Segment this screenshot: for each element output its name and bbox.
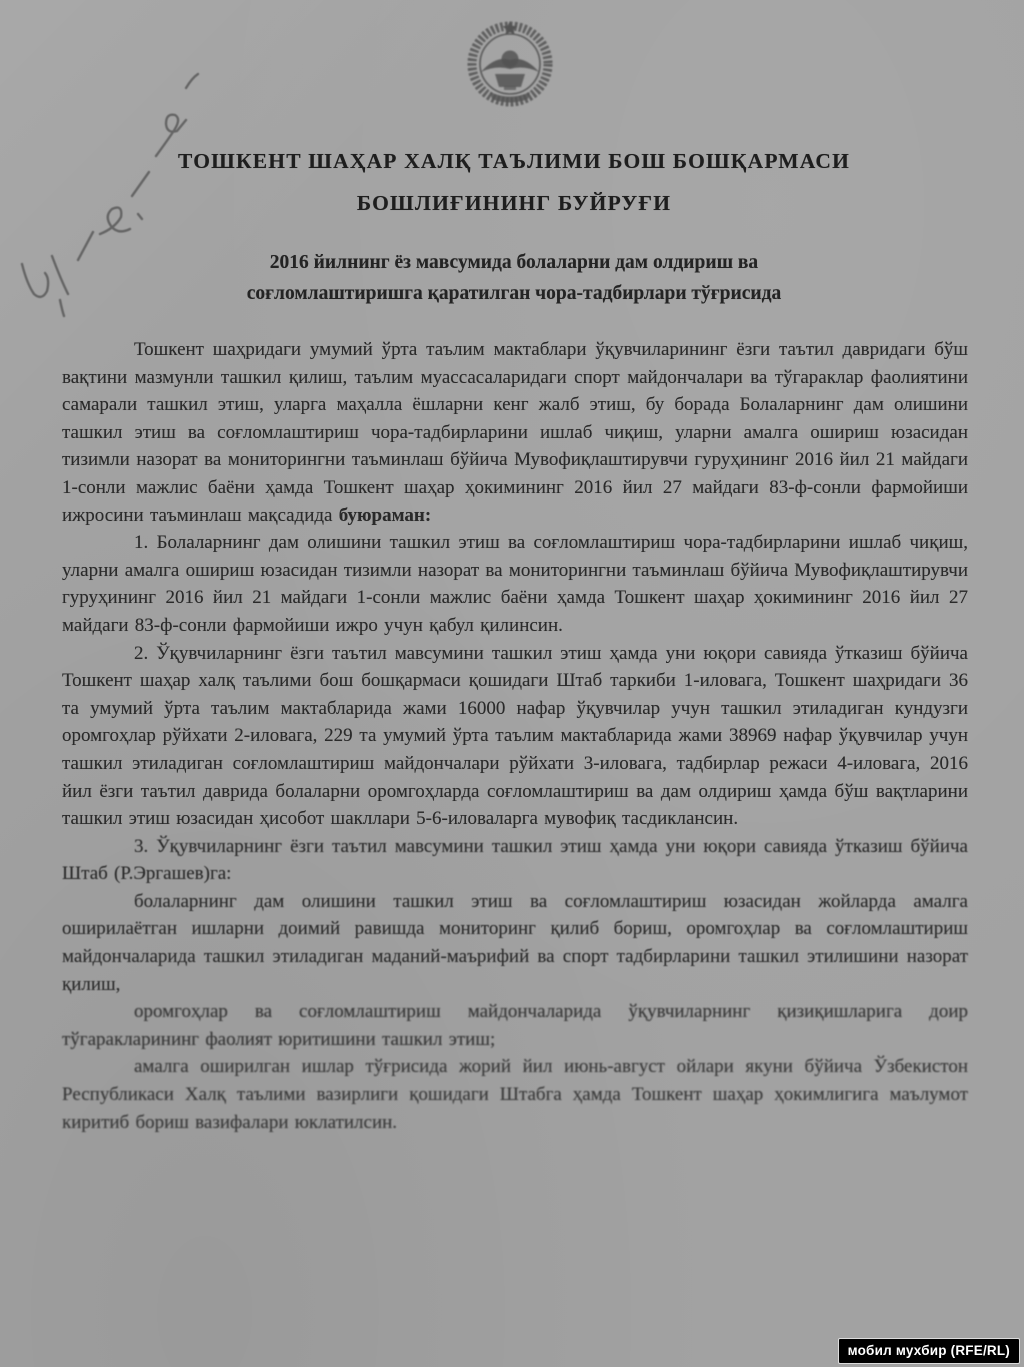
watermark-badge: мобил мухбир (RFE/RL) bbox=[838, 1338, 1020, 1364]
document-title-line2: БОШЛИҒИНИНГ БУЙРУҒИ bbox=[62, 182, 966, 224]
document-subject-line1: 2016 йилнинг ёз мавсумида болаларни дам … bbox=[62, 247, 966, 278]
paragraph-item-1: 1. Болаларнинг дам олишини ташкил этиш в… bbox=[62, 529, 968, 639]
paragraph-intro: Тошкент шаҳридаги умумий ўрта таълим мак… bbox=[62, 336, 968, 529]
paragraph-item-2: 2. Ўқувчиларнинг ёзги таътил мавсумини т… bbox=[62, 640, 968, 833]
order-keyword: буюраман: bbox=[339, 505, 431, 526]
uzbekistan-state-emblem-icon bbox=[458, 14, 562, 114]
document-body: Тошкент шаҳридаги умумий ўрта таълим мак… bbox=[62, 336, 968, 1136]
paragraph-task-monitoring: болаларнинг дам олишини ташкил этиш ва с… bbox=[62, 888, 968, 998]
paragraph-task-clubs: оромгоҳлар ва соғломлаштириш майдончалар… bbox=[62, 998, 968, 1053]
document-subject-line2: соғломлаштиришга қаратилган чора-тадбирл… bbox=[62, 278, 966, 309]
scanned-document-page: ТОШКЕНТ ШАҲАР ХАЛҚ ТАЪЛИМИ БОШ БОШҚАРМАС… bbox=[0, 0, 1024, 1367]
paragraph-item-3: 3. Ўқувчиларнинг ёзги таътил мавсумини т… bbox=[62, 833, 968, 888]
paragraph-task-reporting: амалга оширилган ишлар тўғрисида жорий й… bbox=[62, 1053, 968, 1136]
document-title: ТОШКЕНТ ШАҲАР ХАЛҚ ТАЪЛИМИ БОШ БОШҚАРМАС… bbox=[62, 140, 966, 224]
document-subject: 2016 йилнинг ёз мавсумида болаларни дам … bbox=[62, 247, 966, 309]
document-title-line1: ТОШКЕНТ ШАҲАР ХАЛҚ ТАЪЛИМИ БОШ БОШҚАРМАС… bbox=[62, 140, 966, 182]
paragraph-intro-text: Тошкент шаҳридаги умумий ўрта таълим мак… bbox=[62, 339, 968, 526]
